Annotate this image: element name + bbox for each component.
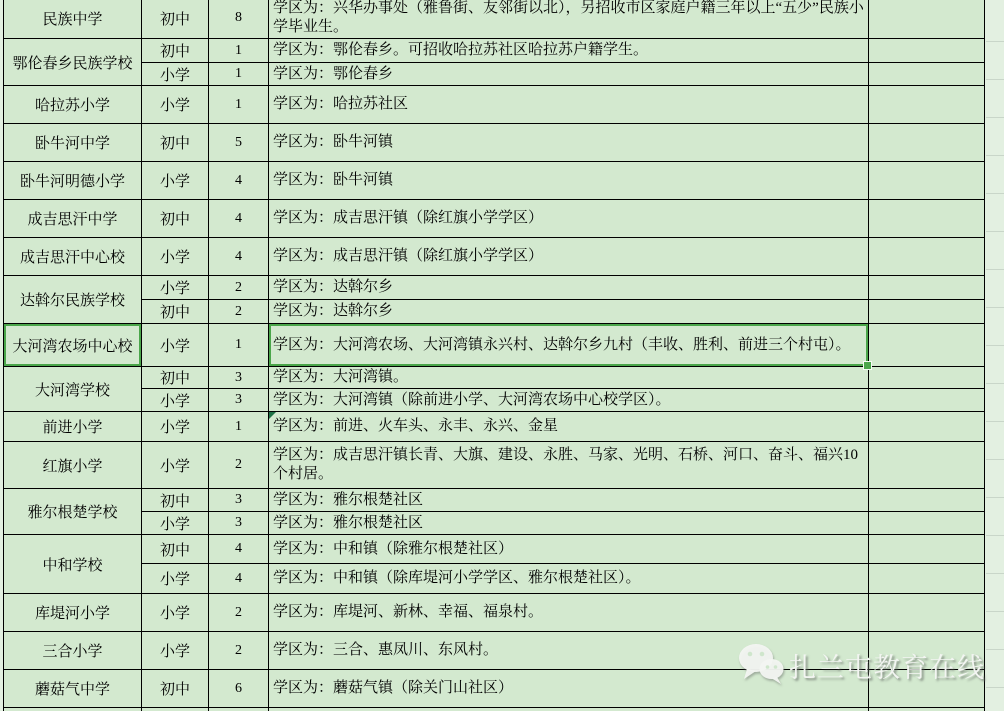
level-cell[interactable]: 小学 — [142, 594, 209, 632]
empty-cell[interactable] — [869, 63, 985, 86]
table-row: 大河湾农场中心校小学1学区为：大河湾农场、大河湾镇永兴村、达斡尔乡九村（丰收、胜… — [4, 324, 985, 367]
school-name-cell[interactable] — [4, 708, 142, 711]
empty-cell[interactable] — [869, 412, 985, 442]
count-cell[interactable]: 2 — [209, 594, 269, 632]
level-cell[interactable] — [142, 708, 209, 711]
district-cell[interactable]: 学区为：成吉思汗镇（除红旗小学学区） — [269, 200, 869, 238]
empty-cell[interactable] — [869, 442, 985, 489]
school-name-cell[interactable]: 达斡尔民族学校 — [4, 276, 142, 324]
count-cell[interactable]: 4 — [209, 200, 269, 238]
count-cell[interactable]: 4 — [209, 162, 269, 200]
empty-cell[interactable] — [869, 324, 985, 367]
district-cell[interactable]: 学区为：鄂伦春乡 — [269, 63, 869, 86]
school-name-cell[interactable]: 雅尔根楚学校 — [4, 489, 142, 535]
empty-cell[interactable] — [869, 535, 985, 564]
level-cell[interactable]: 初中 — [142, 300, 209, 324]
table-row: 小学4学区为：中和镇（除库堤河小学学区、雅尔根楚社区）。 — [4, 564, 985, 594]
table-row: 成吉思汗中学初中4学区为：成吉思汗镇（除红旗小学学区） — [4, 200, 985, 238]
table-body: 民族中学初中8学区为：兴华办事处（雅鲁街、友邻街以北），另招收市区家庭户籍三年以… — [4, 0, 985, 711]
table-row: 民族中学初中8学区为：兴华办事处（雅鲁街、友邻街以北），另招收市区家庭户籍三年以… — [4, 0, 985, 39]
spreadsheet-view: 民族中学初中8学区为：兴华办事处（雅鲁街、友邻街以北），另招收市区家庭户籍三年以… — [0, 0, 1004, 711]
count-cell[interactable]: 8 — [209, 0, 269, 39]
district-cell[interactable]: 学区为：达斡尔乡 — [269, 276, 869, 300]
table-row: 鄂伦春乡民族学校初中1学区为：鄂伦春乡。可招收哈拉苏社区哈拉苏户籍学生。 — [4, 39, 985, 63]
empty-cell[interactable] — [869, 0, 985, 39]
table-row — [4, 708, 985, 711]
level-cell[interactable]: 初中 — [142, 670, 209, 708]
empty-cell[interactable] — [869, 300, 985, 324]
school-name-cell[interactable]: 鄂伦春乡民族学校 — [4, 39, 142, 86]
level-cell[interactable]: 小学 — [142, 63, 209, 86]
count-cell[interactable]: 1 — [209, 412, 269, 442]
empty-cell[interactable] — [869, 39, 985, 63]
school-name-cell[interactable]: 中和学校 — [4, 535, 142, 594]
district-cell[interactable]: 学区为：成吉思汗镇（除红旗小学学区） — [269, 238, 869, 276]
school-name-cell[interactable]: 红旗小学 — [4, 442, 142, 489]
district-cell[interactable]: 学区为：卧牛河镇 — [269, 162, 869, 200]
sheet-background-gridlines — [986, 0, 1004, 711]
district-cell[interactable]: 学区为：雅尔根楚社区 — [269, 489, 869, 512]
level-cell[interactable]: 小学 — [142, 512, 209, 535]
count-cell[interactable]: 3 — [209, 489, 269, 512]
school-name-cell[interactable]: 卧牛河明德小学 — [4, 162, 142, 200]
count-cell[interactable]: 1 — [209, 63, 269, 86]
count-cell[interactable]: 2 — [209, 300, 269, 324]
table-row: 大河湾学校初中3学区为：大河湾镇。 — [4, 367, 985, 389]
district-cell[interactable] — [269, 708, 869, 711]
empty-cell[interactable] — [869, 124, 985, 162]
district-cell[interactable]: 学区为：大河湾镇（除前进小学、大河湾农场中心校学区）。 — [269, 389, 869, 412]
level-cell[interactable]: 初中 — [142, 0, 209, 39]
level-cell[interactable]: 小学 — [142, 389, 209, 412]
watermark: 扎兰屯教育在线 — [738, 641, 985, 689]
school-name-cell[interactable]: 前进小学 — [4, 412, 142, 442]
table-row: 哈拉苏小学小学1学区为：哈拉苏社区 — [4, 86, 985, 124]
table-row: 卧牛河中学初中5学区为：卧牛河镇 — [4, 124, 985, 162]
school-name-cell[interactable]: 大河湾农场中心校 — [4, 324, 142, 367]
wechat-icon — [738, 641, 784, 690]
empty-cell[interactable] — [869, 594, 985, 632]
district-cell[interactable]: 学区为：库堤河、新林、幸福、福泉村。 — [269, 594, 869, 632]
school-name-cell[interactable]: 成吉思汗中学 — [4, 200, 142, 238]
school-name-cell[interactable]: 大河湾学校 — [4, 367, 142, 412]
level-cell[interactable]: 小学 — [142, 324, 209, 367]
count-cell[interactable]: 3 — [209, 367, 269, 389]
count-cell[interactable] — [209, 708, 269, 711]
table-row: 雅尔根楚学校初中3学区为：雅尔根楚社区 — [4, 489, 985, 512]
school-name-cell[interactable]: 哈拉苏小学 — [4, 86, 142, 124]
level-cell[interactable]: 小学 — [142, 86, 209, 124]
table-row: 小学1学区为：鄂伦春乡 — [4, 63, 985, 86]
count-cell[interactable]: 2 — [209, 632, 269, 670]
school-name-cell[interactable]: 成吉思汗中心校 — [4, 238, 142, 276]
level-cell[interactable]: 初中 — [142, 39, 209, 63]
school-name-cell[interactable]: 三合小学 — [4, 632, 142, 670]
empty-cell[interactable] — [869, 389, 985, 412]
level-cell[interactable]: 初中 — [142, 124, 209, 162]
count-cell[interactable]: 3 — [209, 389, 269, 412]
empty-cell[interactable] — [869, 162, 985, 200]
district-cell[interactable]: 学区为：哈拉苏社区 — [269, 86, 869, 124]
table-row: 中和学校初中4学区为：中和镇（除雅尔根楚社区） — [4, 535, 985, 564]
count-cell[interactable]: 2 — [209, 276, 269, 300]
empty-cell[interactable] — [869, 276, 985, 300]
table-row: 达斡尔民族学校小学2学区为：达斡尔乡 — [4, 276, 985, 300]
empty-cell[interactable] — [869, 200, 985, 238]
empty-cell[interactable] — [869, 489, 985, 512]
level-cell[interactable]: 小学 — [142, 442, 209, 489]
count-cell[interactable]: 4 — [209, 564, 269, 594]
empty-cell[interactable] — [869, 238, 985, 276]
empty-cell[interactable] — [869, 367, 985, 389]
level-cell[interactable]: 小学 — [142, 632, 209, 670]
error-indicator-triangle-icon — [269, 412, 276, 419]
empty-cell[interactable] — [869, 512, 985, 535]
district-cell[interactable]: 学区为：前进、火车头、永丰、永兴、金星 — [269, 412, 869, 442]
count-cell[interactable]: 5 — [209, 124, 269, 162]
level-cell[interactable]: 初中 — [142, 200, 209, 238]
table-row: 成吉思汗中心校小学4学区为：成吉思汗镇（除红旗小学学区） — [4, 238, 985, 276]
fill-handle[interactable] — [863, 361, 872, 370]
count-cell[interactable]: 1 — [209, 324, 269, 367]
level-cell[interactable]: 小学 — [142, 564, 209, 594]
table-row: 小学3学区为：大河湾镇（除前进小学、大河湾农场中心校学区）。 — [4, 389, 985, 412]
school-name-cell[interactable]: 民族中学 — [4, 0, 142, 39]
district-cell[interactable]: 学区为：中和镇（除库堤河小学学区、雅尔根楚社区）。 — [269, 564, 869, 594]
count-cell[interactable]: 3 — [209, 512, 269, 535]
district-cell[interactable]: 学区为：达斡尔乡 — [269, 300, 869, 324]
level-cell[interactable]: 初中 — [142, 535, 209, 564]
count-cell[interactable]: 4 — [209, 238, 269, 276]
school-district-table: 民族中学初中8学区为：兴华办事处（雅鲁街、友邻街以北），另招收市区家庭户籍三年以… — [3, 0, 985, 711]
table-row: 初中2学区为：达斡尔乡 — [4, 300, 985, 324]
district-cell[interactable]: 学区为：雅尔根楚社区 — [269, 512, 869, 535]
level-cell[interactable]: 小学 — [142, 276, 209, 300]
level-cell[interactable]: 小学 — [142, 162, 209, 200]
district-cell[interactable]: 学区为：成吉思汗镇长青、大旗、建设、永胜、马家、光明、石桥、河口、奋斗、福兴10… — [269, 442, 869, 489]
table-row: 红旗小学小学2学区为：成吉思汗镇长青、大旗、建设、永胜、马家、光明、石桥、河口、… — [4, 442, 985, 489]
level-cell[interactable]: 初中 — [142, 489, 209, 512]
count-cell[interactable]: 2 — [209, 442, 269, 489]
level-cell[interactable]: 小学 — [142, 412, 209, 442]
school-name-cell[interactable]: 库堤河小学 — [4, 594, 142, 632]
empty-cell[interactable] — [869, 564, 985, 594]
table-row: 前进小学小学1学区为：前进、火车头、永丰、永兴、金星 — [4, 412, 985, 442]
empty-cell[interactable] — [869, 86, 985, 124]
table-row: 库堤河小学小学2学区为：库堤河、新林、幸福、福泉村。 — [4, 594, 985, 632]
count-cell[interactable]: 6 — [209, 670, 269, 708]
district-cell[interactable]: 学区为：大河湾农场、大河湾镇永兴村、达斡尔乡九村（丰收、胜利、前进三个村屯）。 — [269, 324, 869, 367]
school-name-cell[interactable]: 蘑菇气中学 — [4, 670, 142, 708]
count-cell[interactable]: 4 — [209, 535, 269, 564]
watermark-text: 扎兰屯教育在线 — [789, 646, 985, 685]
district-cell[interactable]: 学区为：兴华办事处（雅鲁街、友邻街以北），另招收市区家庭户籍三年以上“五少”民族… — [269, 0, 869, 39]
district-cell[interactable]: 学区为：大河湾镇。 — [269, 367, 869, 389]
count-cell[interactable]: 1 — [209, 39, 269, 63]
district-cell[interactable]: 学区为：鄂伦春乡。可招收哈拉苏社区哈拉苏户籍学生。 — [269, 39, 869, 63]
table-row: 卧牛河明德小学小学4学区为：卧牛河镇 — [4, 162, 985, 200]
level-cell[interactable]: 小学 — [142, 238, 209, 276]
school-name-cell[interactable]: 卧牛河中学 — [4, 124, 142, 162]
empty-cell[interactable] — [869, 708, 985, 711]
count-cell[interactable]: 1 — [209, 86, 269, 124]
level-cell[interactable]: 初中 — [142, 367, 209, 389]
table-row: 小学3学区为：雅尔根楚社区 — [4, 512, 985, 535]
district-cell[interactable]: 学区为：中和镇（除雅尔根楚社区） — [269, 535, 869, 564]
district-cell[interactable]: 学区为：卧牛河镇 — [269, 124, 869, 162]
